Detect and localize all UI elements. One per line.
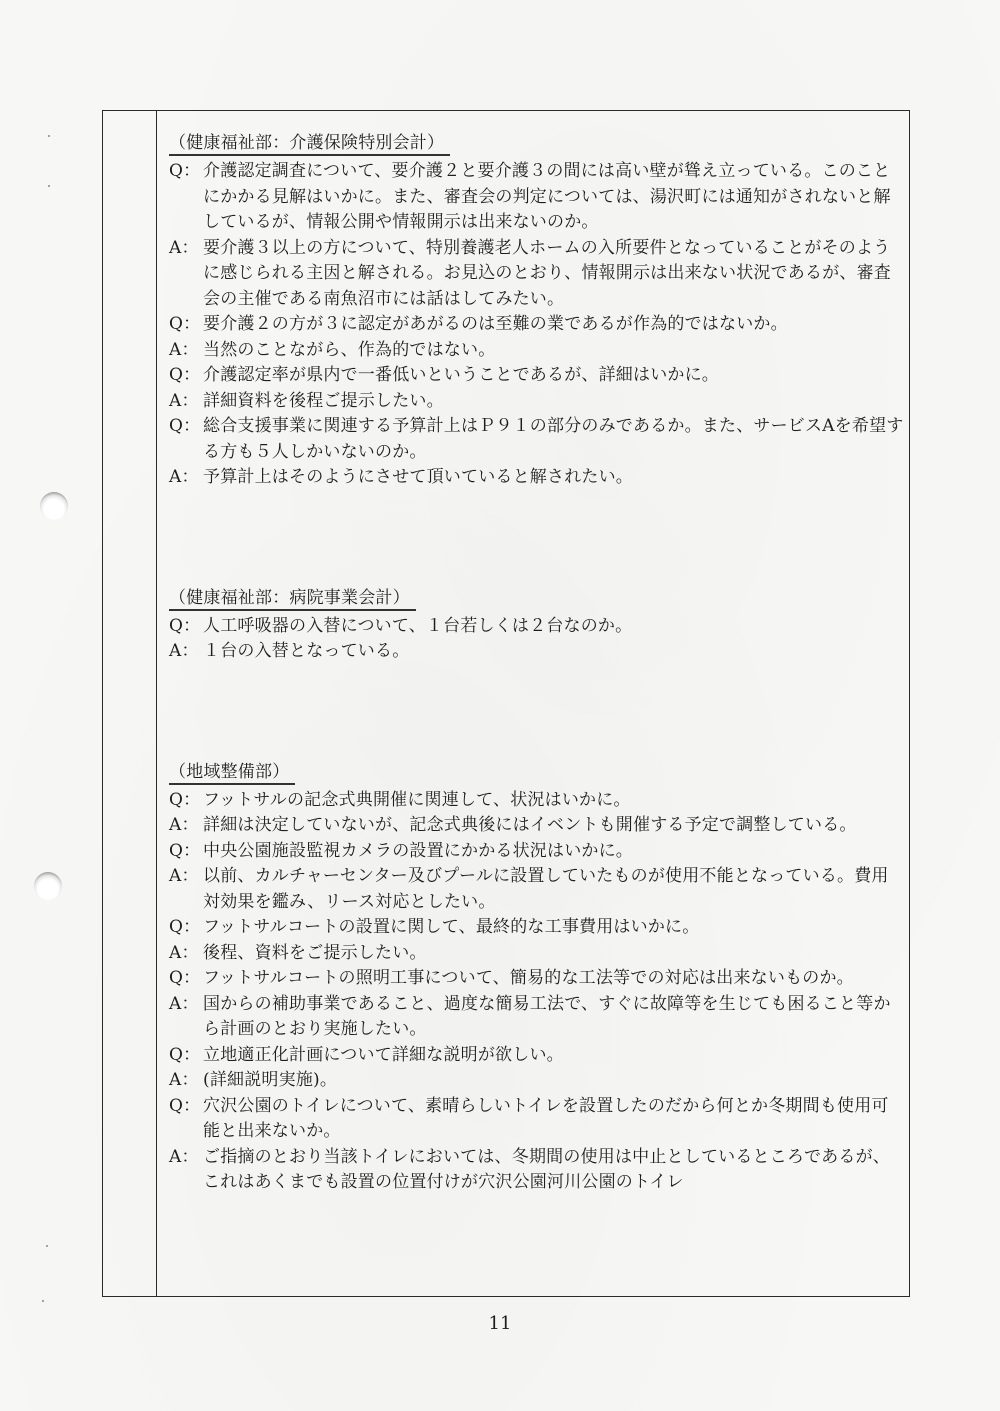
qa-label: A： xyxy=(169,639,203,665)
question-item: Q：介護認定調査について、要介護２と要介護３の間には高い壁が聳え立っている。この… xyxy=(169,159,905,236)
qa-label: A： xyxy=(169,864,203,915)
qa-label: A： xyxy=(169,1145,203,1196)
question-item: Q：総合支援事業に関連する予算計上はＰ９１の部分のみであるか。また、サービスAを… xyxy=(169,414,905,465)
qa-text: 予算計上はそのようにさせて頂いていると解されたい。 xyxy=(203,465,905,491)
answer-item: A：以前、カルチャーセンター及びプールに設置していたものが使用不能となっている。… xyxy=(169,864,905,915)
question-item: Q：フットサルコートの照明工事について、簡易的な工法等での対応は出来ないものか。 xyxy=(169,966,905,992)
qa-label: Q： xyxy=(169,312,203,338)
answer-item: A：当然のことながら、作為的ではない。 xyxy=(169,338,905,364)
section-heading: （地域整備部） xyxy=(169,761,295,785)
section-gap xyxy=(169,665,905,760)
question-item: Q：立地適正化計画について詳細な説明が欲しい。 xyxy=(169,1043,905,1069)
qa-text: 以前、カルチャーセンター及びプールに設置していたものが使用不能となっている。費用… xyxy=(203,864,905,915)
question-item: Q：穴沢公園のトイレについて、素晴らしいトイレを設置したのだから何とか冬期間も使… xyxy=(169,1094,905,1145)
qa-text: 国からの補助事業であること、過度な簡易工法で、すぐに故障等を生じても困ること等か… xyxy=(203,992,905,1043)
answer-item: A：要介護３以上の方について、特別養護老人ホームの入所要件となっていることがその… xyxy=(169,236,905,313)
qa-label: A： xyxy=(169,813,203,839)
section-regional-development: （地域整備部） Q：フットサルの記念式典開催に関連して、状況はいかに。 A：詳細… xyxy=(169,760,905,1196)
section-heading: （健康福祉部：介護保険特別会計） xyxy=(169,132,450,156)
qa-label: Q： xyxy=(169,915,203,941)
qa-text: 総合支援事業に関連する予算計上はＰ９１の部分のみであるか。また、サービスAを希望… xyxy=(203,414,905,465)
qa-text: (詳細説明実施)。 xyxy=(203,1068,905,1094)
answer-item: A：詳細資料を後程ご提示したい。 xyxy=(169,389,905,415)
section-heading: （健康福祉部：病院事業会計） xyxy=(169,587,416,611)
answer-item: A：詳細は決定していないが、記念式典後にはイベントも開催する予定で調整している。 xyxy=(169,813,905,839)
qa-text: 詳細は決定していないが、記念式典後にはイベントも開催する予定で調整している。 xyxy=(203,813,905,839)
punch-hole-top xyxy=(40,492,68,520)
qa-label: Q： xyxy=(169,1094,203,1145)
qa-text: 詳細資料を後程ご提示したい。 xyxy=(203,389,905,415)
qa-label: Q： xyxy=(169,614,203,640)
punch-hole-bottom xyxy=(34,872,62,900)
section-gap xyxy=(169,491,905,586)
answer-item: A：後程、資料をご提示したい。 xyxy=(169,941,905,967)
qa-text: 介護認定率が県内で一番低いということであるが、詳細はいかに。 xyxy=(203,363,905,389)
answer-item: A：１台の入替となっている。 xyxy=(169,639,905,665)
qa-text: １台の入替となっている。 xyxy=(203,639,905,665)
minutes-table: （健康福祉部：介護保険特別会計） Q：介護認定調査について、要介護２と要介護３の… xyxy=(102,110,910,1297)
table-left-column xyxy=(103,111,157,1296)
question-item: Q：フットサルの記念式典開催に関連して、状況はいかに。 xyxy=(169,788,905,814)
page-number: 11 xyxy=(0,1313,1000,1334)
qa-text: 立地適正化計画について詳細な説明が欲しい。 xyxy=(203,1043,905,1069)
qa-label: Q： xyxy=(169,839,203,865)
qa-label: A： xyxy=(169,992,203,1043)
qa-text: 要介護３以上の方について、特別養護老人ホームの入所要件となっていることがそのよう… xyxy=(203,236,905,313)
qa-label: Q： xyxy=(169,1043,203,1069)
qa-label: A： xyxy=(169,389,203,415)
qa-text: 介護認定調査について、要介護２と要介護３の間には高い壁が聳え立っている。このこと… xyxy=(203,159,905,236)
answer-item: A：ご指摘のとおり当該トイレにおいては、冬期間の使用は中止としているところである… xyxy=(169,1145,905,1196)
qa-text: ご指摘のとおり当該トイレにおいては、冬期間の使用は中止としているところであるが、… xyxy=(203,1145,905,1196)
qa-text: フットサルの記念式典開催に関連して、状況はいかに。 xyxy=(203,788,905,814)
section-health-welfare-hospital: （健康福祉部：病院事業会計） Q：人工呼吸器の入替について、１台若しくは２台なの… xyxy=(169,586,905,665)
qa-text: 要介護２の方が３に認定があがるのは至難の業であるが作為的ではないか。 xyxy=(203,312,905,338)
answer-item: A：予算計上はそのようにさせて頂いていると解されたい。 xyxy=(169,465,905,491)
qa-label: Q： xyxy=(169,788,203,814)
question-item: Q：フットサルコートの設置に関して、最終的な工事費用はいかに。 xyxy=(169,915,905,941)
qa-label: Q： xyxy=(169,159,203,236)
qa-text: 中央公園施設監視カメラの設置にかかる状況はいかに。 xyxy=(203,839,905,865)
scan-speck xyxy=(48,185,50,187)
section-health-welfare-care-insurance: （健康福祉部：介護保険特別会計） Q：介護認定調査について、要介護２と要介護３の… xyxy=(169,131,905,491)
qa-text: フットサルコートの設置に関して、最終的な工事費用はいかに。 xyxy=(203,915,905,941)
scan-speck xyxy=(48,135,50,137)
question-item: Q：介護認定率が県内で一番低いということであるが、詳細はいかに。 xyxy=(169,363,905,389)
table-content-cell: （健康福祉部：介護保険特別会計） Q：介護認定調査について、要介護２と要介護３の… xyxy=(169,131,905,1196)
answer-item: A：国からの補助事業であること、過度な簡易工法で、すぐに故障等を生じても困ること… xyxy=(169,992,905,1043)
question-item: Q：中央公園施設監視カメラの設置にかかる状況はいかに。 xyxy=(169,839,905,865)
qa-label: A： xyxy=(169,236,203,313)
qa-text: フットサルコートの照明工事について、簡易的な工法等での対応は出来ないものか。 xyxy=(203,966,905,992)
qa-text: 当然のことながら、作為的ではない。 xyxy=(203,338,905,364)
qa-text: 後程、資料をご提示したい。 xyxy=(203,941,905,967)
qa-text: 穴沢公園のトイレについて、素晴らしいトイレを設置したのだから何とか冬期間も使用可… xyxy=(203,1094,905,1145)
qa-label: Q： xyxy=(169,966,203,992)
answer-item: A：(詳細説明実施)。 xyxy=(169,1068,905,1094)
qa-label: A： xyxy=(169,338,203,364)
qa-label: A： xyxy=(169,1068,203,1094)
qa-text: 人工呼吸器の入替について、１台若しくは２台なのか。 xyxy=(203,614,905,640)
qa-label: A： xyxy=(169,465,203,491)
qa-label: Q： xyxy=(169,363,203,389)
scan-speck xyxy=(46,1245,48,1247)
scan-speck xyxy=(42,1300,44,1302)
qa-label: Q： xyxy=(169,414,203,465)
question-item: Q：要介護２の方が３に認定があがるのは至難の業であるが作為的ではないか。 xyxy=(169,312,905,338)
question-item: Q：人工呼吸器の入替について、１台若しくは２台なのか。 xyxy=(169,614,905,640)
qa-label: A： xyxy=(169,941,203,967)
